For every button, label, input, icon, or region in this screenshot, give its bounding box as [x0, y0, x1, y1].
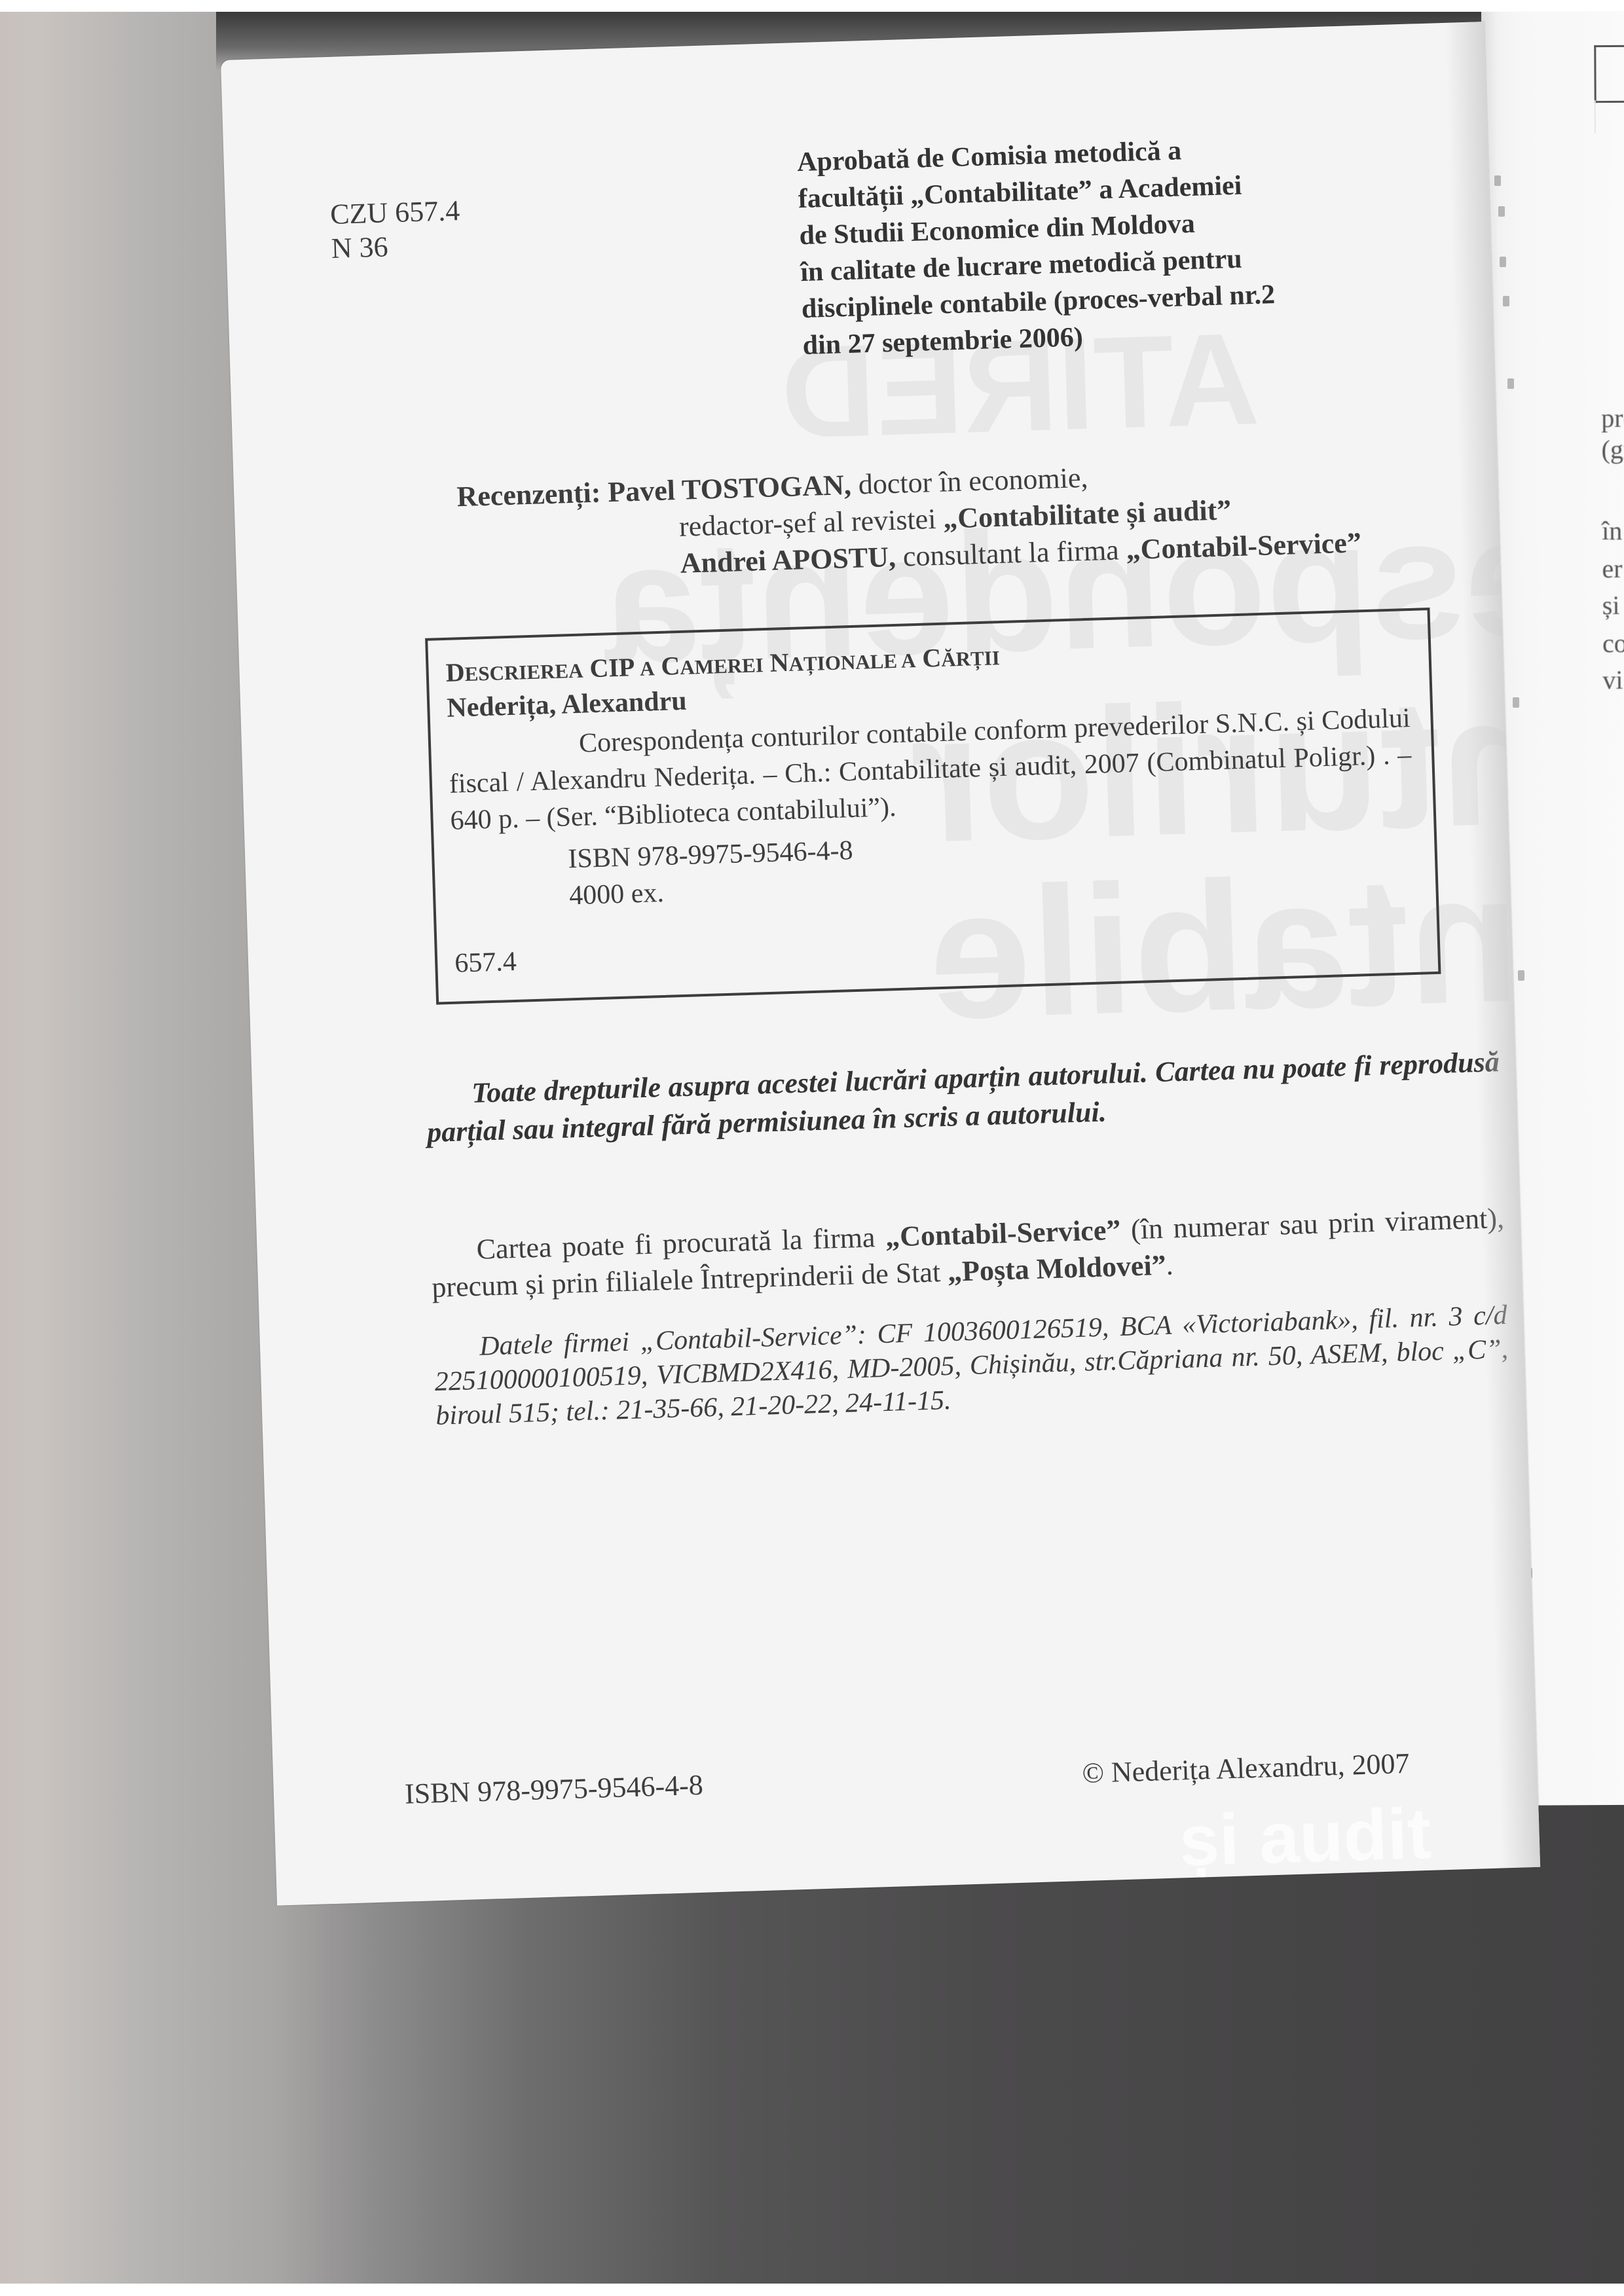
purchase-info: Cartea poate fi procurată la firma „Cont… [430, 1200, 1506, 1306]
cip-description-box: DESCRIEREA CIP A CAMEREI NAȚIONALE A CĂR… [425, 608, 1441, 1005]
document-page: ATIRED Corespondența conturilor contabil… [221, 22, 1540, 1906]
approval-statement: Aprobată de Comisia metodică a facultăți… [796, 130, 1276, 364]
cip-bibliographic-description: Corespondența conturilor contabile confo… [447, 700, 1412, 839]
purchase-text: . [1166, 1248, 1173, 1281]
adjacent-page-box [1594, 45, 1624, 103]
adjacent-text-fragment: er [1602, 555, 1622, 583]
cip-title-part: C [915, 643, 942, 673]
reviewers-label: Recenzenți: [456, 477, 601, 513]
footer-isbn: ISBN 978-9975-9546-4-8 [404, 1768, 703, 1811]
company-details: Datele firmei „Contabil-Service”: CF 100… [433, 1298, 1509, 1433]
cip-title-part: N [763, 647, 789, 678]
czu-code: CZU 657.4 [329, 194, 460, 232]
reviewers-block: Recenzenți: Pavel TOSTOGAN, doctor în ec… [456, 451, 1362, 589]
classification-codes: CZU 657.4 N 36 [329, 194, 461, 266]
reviewer-2-name: Andrei APOSTU, [680, 541, 896, 579]
cip-classification: 657.4 [454, 946, 517, 979]
cip-author: Nederița, Alexandru [447, 685, 688, 724]
adjacent-page-box-shadow [1595, 100, 1624, 134]
author-code: N 36 [331, 228, 461, 266]
adjacent-text-fragment: vi [1602, 666, 1623, 695]
cip-title-part: AMEREI [680, 653, 764, 679]
cip-title-part: ESCRIEREA [464, 659, 583, 686]
scanner-bottom-strip [0, 2284, 1624, 2296]
reviewer-1-role: doctor în economie, [851, 462, 1088, 501]
copyright-notice: Toate drepturile asupra acestei lucrări … [426, 1043, 1502, 1152]
cip-title-part: C [654, 651, 680, 681]
adjacent-text-fragment: co [1602, 629, 1624, 658]
cip-isbn: ISBN 978-9975-9546-4-8 [451, 835, 853, 879]
cip-title-part: CIP [583, 652, 640, 683]
reviewer-1-role-2: redactor-șef al revistei [678, 503, 944, 543]
footer-copyright: © Nederița Alexandru, 2007 [1082, 1747, 1411, 1790]
reviewer-2-role: consultant la firma [895, 534, 1126, 573]
reviewer-1-name: Pavel TOSTOGAN, [608, 469, 852, 508]
show-through-ghost: și audit [1178, 1792, 1433, 1883]
cip-print-run: 4000 ex. [452, 877, 665, 915]
adjacent-text-fragment: pre [1601, 404, 1624, 433]
adjacent-text-fragment: și [1602, 591, 1620, 620]
cip-title-part: A [896, 649, 915, 672]
journal-name: „Contabilitate și audit” [943, 494, 1232, 534]
cip-title-part: D [445, 657, 465, 687]
adjacent-text-fragment: în [1602, 517, 1622, 545]
reviewer-2-firm: „Contabil-Service” [1126, 526, 1362, 566]
cip-title-part: A [640, 657, 655, 680]
adjacent-text-fragment: (gr [1601, 435, 1624, 464]
cip-title-part: ĂRȚII [941, 646, 1001, 671]
cip-title-part: AȚIONALE [788, 649, 897, 676]
cip-title: DESCRIEREA CIP A CAMEREI NAȚIONALE A CĂR… [445, 640, 1001, 691]
purchase-firm: „Contabil-Service” [885, 1214, 1121, 1253]
purchase-post: „Poșta Moldovei” [947, 1249, 1166, 1288]
